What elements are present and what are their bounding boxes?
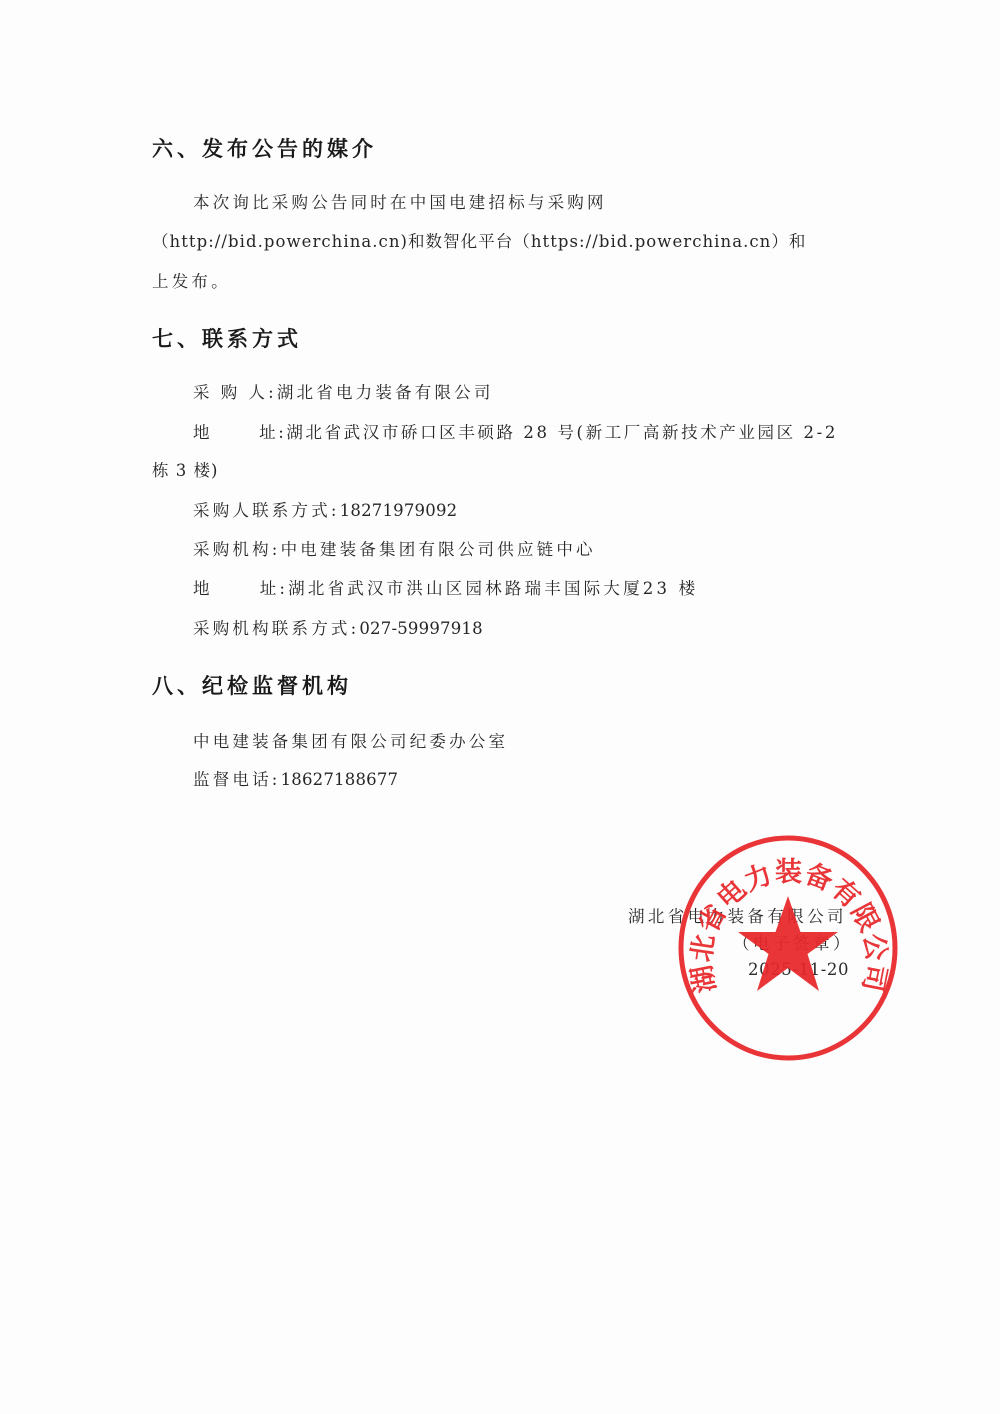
agency-line: 采购机构:中电建装备集团有限公司供应链中心 [193,542,596,559]
media-paragraph-line-1: 本次询比采购公告同时在中国电建招标与采购网 [193,195,607,212]
purchaser-label-char-3: 人: [248,383,276,402]
media-paragraph-line-3: 上发布。 [152,274,231,291]
purchaser-value: 湖北省电力装备有限公司 [277,383,494,402]
supervision-phone-label: 监督电话: [193,770,281,789]
document-page: 六、发布公告的媒介 本次询比采购公告同时在中国电建招标与采购网 （http://… [0,0,1000,1414]
address-label-char-1: 地 [193,423,212,442]
agency-address-label-char-2: 址: [260,579,288,598]
agency-value: 中电建装备集团有限公司供应链中心 [281,540,596,559]
agency-contact-label: 采购机构联系方式: [193,619,359,638]
purchaser-label-char-1: 采 [193,383,213,402]
supervision-office: 中电建装备集团有限公司纪委办公室 [193,734,508,751]
media-paragraph-line-2: （http://bid.powerchina.cn)和数智化平台（https:/… [152,234,806,251]
seal-star-icon [738,896,838,991]
purchaser-address-continuation: 栋 3 楼) [152,463,218,480]
supervision-phone-line: 监督电话:18627188677 [193,772,398,789]
agency-address-value: 湖北省武汉市洪山区园林路瑞丰国际大厦23 楼 [288,579,698,598]
purchaser-contact-line: 采购人联系方式:18271979092 [193,503,457,520]
agency-address-label-char-1: 地 [193,579,213,598]
agency-label: 采购机构: [193,540,281,559]
agency-contact-phone: 027-59997918 [359,619,482,638]
section-heading-supervision: 八、纪检监督机构 [152,676,352,697]
purchaser-contact-phone: 18271979092 [340,501,458,520]
supervision-phone-value: 18627188677 [281,770,399,789]
section-heading-media: 六、发布公告的媒介 [152,139,377,160]
purchaser-contact-label: 采购人联系方式: [193,501,340,520]
section-heading-contact: 七、联系方式 [152,329,302,350]
purchaser-line: 采购人:湖北省电力装备有限公司 [193,385,494,402]
purchaser-address-line: 地址:湖北省武汉市硚口区丰硕路 28 号(新工厂高新技术产业园区 2-2 [193,425,838,442]
agency-address-line: 地址:湖北省武汉市洪山区园林路瑞丰国际大厦23 楼 [193,581,698,598]
purchaser-address-value: 湖北省武汉市硚口区丰硕路 28 号(新工厂高新技术产业园区 2-2 [286,423,838,442]
purchaser-label-char-2: 购 [221,383,241,402]
agency-contact-line: 采购机构联系方式:027-59997918 [193,621,483,638]
company-seal-stamp: 湖北省电力装备有限公司 [676,834,900,1062]
address-label-char-2: 址: [259,423,286,442]
